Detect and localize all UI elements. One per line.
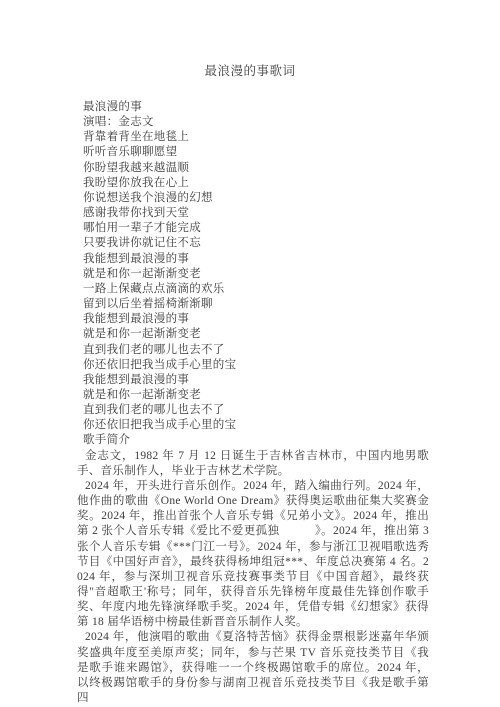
lyric-line: 就是和你一起渐渐变老 bbox=[83, 267, 429, 282]
lyric-line: 我盼望你放我在心上 bbox=[83, 176, 429, 191]
lyric-line: 听听音乐聊聊愿望 bbox=[83, 145, 429, 160]
lyric-line: 只要我讲你就记住不忘 bbox=[83, 236, 429, 251]
lyric-line: 背靠着背坐在地毯上 bbox=[83, 130, 429, 145]
lyric-line: 我能想到最浪漫的事 bbox=[83, 252, 429, 267]
lyric-line: 演唱：金志文 bbox=[83, 115, 429, 130]
document-body: 最浪漫的事 演唱：金志文 背靠着背坐在地毯上 听听音乐聊聊愿望 你盼望我越来越温… bbox=[77, 100, 429, 706]
lyric-line: 直到我们老的哪儿也去不了 bbox=[83, 343, 429, 358]
bio-section-heading: 歌手简介 bbox=[83, 433, 429, 448]
bio-paragraph: 金志文，1982 年 7 月 12 日诞生于吉林省吉林市，中国内地男歌手、音乐制… bbox=[77, 449, 429, 479]
lyric-line: 哪怕用一辈子才能完成 bbox=[83, 221, 429, 236]
bio-paragraph: 2024 年，他演唱的歌曲《夏洛特苦恼》获得金票根影迷嘉年华颁奖盛典年度至美原声… bbox=[77, 630, 429, 706]
bio-section: 歌手简介 金志文，1982 年 7 月 12 日诞生于吉林省吉林市，中国内地男歌… bbox=[77, 433, 429, 706]
lyric-line: 最浪漫的事 bbox=[83, 100, 429, 115]
lyric-line: 我能想到最浪漫的事 bbox=[83, 312, 429, 327]
lyric-line: 我能想到最浪漫的事 bbox=[83, 373, 429, 388]
page-title: 最浪漫的事歌词 bbox=[0, 0, 500, 79]
lyrics-section: 最浪漫的事 演唱：金志文 背靠着背坐在地毯上 听听音乐聊聊愿望 你盼望我越来越温… bbox=[77, 100, 429, 433]
lyric-line: 就是和你一起渐渐变老 bbox=[83, 327, 429, 342]
lyric-line: 一路上保藏点点滴滴的欢乐 bbox=[83, 282, 429, 297]
lyric-line: 感谢我带你找到天堂 bbox=[83, 206, 429, 221]
lyric-line: 你盼望我越来越温顺 bbox=[83, 161, 429, 176]
bio-paragraph: 2024 年，开头进行音乐创作。2024 年，踏入编曲行列。2024 年，他作曲… bbox=[77, 479, 429, 631]
lyric-line: 直到我们老的哪儿也去不了 bbox=[83, 403, 429, 418]
lyric-line: 留到以后坐着摇椅渐渐聊 bbox=[83, 297, 429, 312]
lyric-line: 就是和你一起渐渐变老 bbox=[83, 388, 429, 403]
lyric-line: 你还依旧把我当成手心里的宝 bbox=[83, 418, 429, 433]
document-page: 最浪漫的事歌词 最浪漫的事 演唱：金志文 背靠着背坐在地毯上 听听音乐聊聊愿望 … bbox=[0, 0, 500, 707]
lyric-line: 你还依旧把我当成手心里的宝 bbox=[83, 358, 429, 373]
lyric-line: 你说想送我个浪漫的幻想 bbox=[83, 191, 429, 206]
